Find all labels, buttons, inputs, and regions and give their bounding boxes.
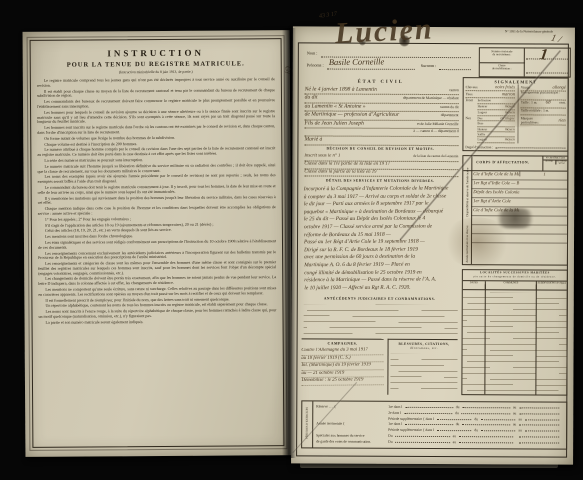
- etat-civil-rows: Né le 4 janvier 1898 à Lamentin canton d…: [304, 86, 458, 145]
- visage-value: allongé: [553, 85, 566, 90]
- periodes-row: de garde des voies de communication. Du …: [316, 439, 562, 446]
- corps-side-label-1: Disponibilité et réserve de l'armée acti…: [465, 160, 469, 224]
- instruction-note: (Instruction ministérielle du 8 juin 191…: [37, 69, 275, 75]
- decision-rows: Inscrit sous le n° 1 de la liste du cant…: [304, 153, 458, 177]
- front-label: Front: [466, 99, 478, 116]
- antecedents-title: ANTÉCÉDENTS JUDICIAIRES ET CONDAMNATIONS…: [302, 296, 458, 301]
- periodes-rows: Réserve . . . { 1re dans l du au 2e dans…: [316, 404, 562, 446]
- matricule-label: Numéro matricule du recrutement :: [480, 48, 524, 57]
- instruction-body: Le registre matricule comprend tous les …: [37, 77, 277, 325]
- antecedents-rules: [304, 304, 458, 335]
- instruction-frame: INSTRUCTION POUR LA TENUE DU REGISTRE MA…: [30, 38, 285, 448]
- prenoms-label: Prénoms :: [307, 62, 324, 67]
- instruction-paragraph: La partie et son numéro matricule seront…: [39, 319, 277, 325]
- services-line: le 10 juillet 1920 — Affecté au Rgt R. A…: [304, 284, 458, 293]
- localites-title: LOCALITÉS SUCCESSIVES HABITÉES par suite…: [463, 270, 567, 281]
- services-lines: Incorporé à la Compagnie d’Infanterie Co…: [304, 185, 459, 292]
- surnom-line: [439, 69, 471, 70]
- nomenclature-note: N° 1051 de la Nomenclature générale: [505, 29, 571, 33]
- instruction-subtitle: POUR LA TENUE DU REGISTRE MATRICULE.: [37, 60, 275, 69]
- stain-2: [493, 87, 553, 127]
- classe-label: Classe de mobilisation :: [480, 62, 524, 71]
- nom-label: Nom :: [307, 50, 318, 55]
- instruction-paragraph: Les mentions ne comportent qu'une seule …: [38, 286, 276, 297]
- nez-label: Nez: [465, 116, 477, 143]
- campagnes-line: Démobilisé : le 25 octobre 1919: [302, 378, 384, 386]
- etat-civil-row: Marié à: [304, 137, 458, 146]
- instruction-paragraph: Les noms sont inscrits à l'encre rouge, …: [38, 308, 276, 319]
- instruction-title: INSTRUCTION: [37, 47, 275, 59]
- corps-row: Cie d’Infie Cole de la Martinique 1: [471, 171, 567, 180]
- instruction-paragraph: Le numéro attribué à chaque homme compri…: [37, 147, 275, 158]
- corps-row: Dépôt des Isolés Coloniaux: [471, 189, 567, 198]
- marques-value: rien: [558, 118, 565, 123]
- corps-row: 1er Rgt d’Infie Cole — Bordeaux: [471, 180, 567, 189]
- periodes-box: PÉRIODES D'EXERCICES Réserve . . . { 1re…: [301, 400, 567, 449]
- localites-col-communes: COMMUNES: [486, 281, 537, 289]
- etat-civil-title: ÉTAT CIVIL: [303, 78, 459, 84]
- cheveux-label: Cheveux: [466, 85, 478, 89]
- localites-col-subdivisions: SUBDIVISIONS de région: [537, 281, 567, 289]
- matricule-value: 1: [539, 46, 550, 65]
- spine-shadow: [282, 28, 296, 458]
- yeux-label: Yeux: [466, 92, 473, 96]
- blessures-title: BLESSURES, CITATIONS, décorations, etc.: [391, 342, 458, 352]
- corps-title: CORPS D'AFFECTATION.: [463, 156, 542, 170]
- periodes-side-label: PÉRIODES D'EXERCICES: [306, 398, 309, 448]
- localites-box: LOCALITÉS SUCCESSIVES HABITÉES par suite…: [461, 269, 568, 395]
- services-line: résidence à la Martinique — Passé dans l…: [304, 276, 458, 285]
- stain-1: [442, 217, 512, 267]
- campagnes-title: CAMPAGNES.: [302, 341, 384, 345]
- corps-row: 1er Rgt d’Artie Cole: [471, 198, 567, 207]
- register-page: 43 3 17 N° 1051 de la Nomenclature génér…: [291, 26, 575, 464]
- decision-row: Classé dans la partie de la liste en 19: [304, 169, 458, 177]
- degre-instruction-label: Degré d'instruction :: [465, 145, 493, 149]
- prenoms-value: Basile Corneille: [329, 56, 385, 67]
- campagnes-box: CAMPAGNES. Contre l’Allemagne du 3 mai 1…: [301, 338, 383, 395]
- blessures-box: BLESSURES, CITATIONS, décorations, etc.: [387, 339, 457, 395]
- blessures-rules: [390, 354, 457, 390]
- instruction-paragraph: Les hommes sont inscrits sur le registre…: [37, 124, 275, 135]
- name-handwritten: Lucien: [334, 12, 434, 51]
- localites-col-dates: DATES: [463, 281, 486, 289]
- surnom-label: Surnom :: [421, 63, 437, 68]
- decision-title: DÉCISION DU CONSEIL DE REVISION ET MOTIF…: [302, 146, 458, 151]
- campagnes-lines: Contre l’Allemagne du 3 mai 1917au 18 fé…: [301, 347, 383, 386]
- instruction-page: INSTRUCTION POUR LA TENUE DU REGISTRE MA…: [23, 30, 293, 457]
- matricule-box: Numéro matricule du recrutement : Classe…: [479, 47, 571, 77]
- instruction-paragraph: Chaque mention indique dans cette case l…: [38, 205, 276, 216]
- services-title: DÉTAIL DES SERVICES ET MUTATIONS DIVERSE…: [302, 178, 458, 183]
